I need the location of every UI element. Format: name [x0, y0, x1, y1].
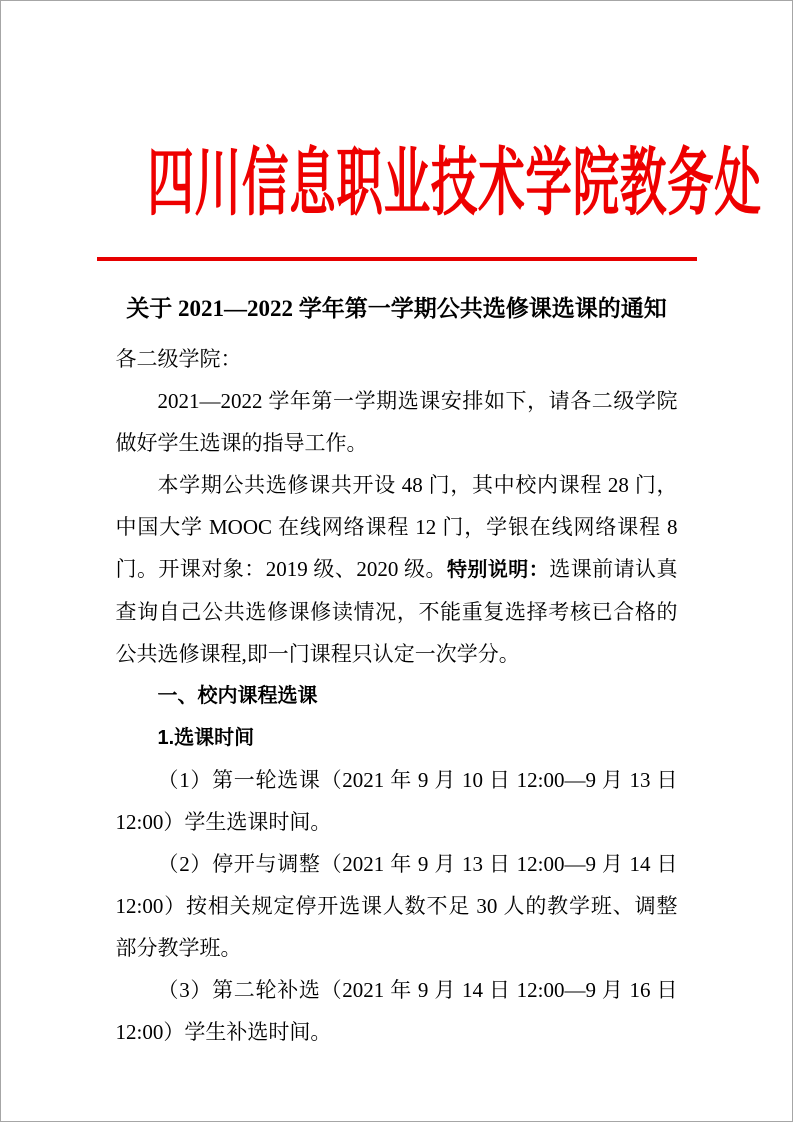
notice-body: 各二级学院： 2021—2022 学年第一学期选课安排如下，请各二级学院做好学生… [97, 338, 697, 1053]
schedule-item-2: （2）停开与调整（2021 年 9 月 13 日 12:00—9 月 14 日 … [116, 843, 678, 969]
overview-paragraph: 本学期公共选修课共开设 48 门，其中校内课程 28 门，中国大学 MOOC 在… [116, 464, 678, 675]
masthead-divider-rule [97, 257, 697, 261]
document-page: 四川信息职业技术学院教务处 关于 2021—2022 学年第一学期公共选修课选课… [0, 0, 793, 1122]
notice-title: 关于 2021—2022 学年第一学期公共选修课选课的通知 [97, 293, 697, 324]
schedule-item-3: （3）第二轮补选（2021 年 9 月 14 日 12:00—9 月 16 日 … [116, 969, 678, 1053]
section1-heading: 一、校内课程选课 [116, 675, 678, 717]
special-note-label: 特别说明： [447, 559, 549, 581]
salutation: 各二级学院： [116, 338, 678, 380]
schedule-item-1: （1）第一轮选课（2021 年 9 月 10 日 12:00—9 月 13 日 … [116, 759, 678, 843]
masthead-org-title: 四川信息职业技术学院教务处 [147, 147, 645, 221]
intro-paragraph: 2021—2022 学年第一学期选课安排如下，请各二级学院做好学生选课的指导工作… [116, 380, 678, 464]
section1-subheading: 1.选课时间 [116, 717, 678, 759]
